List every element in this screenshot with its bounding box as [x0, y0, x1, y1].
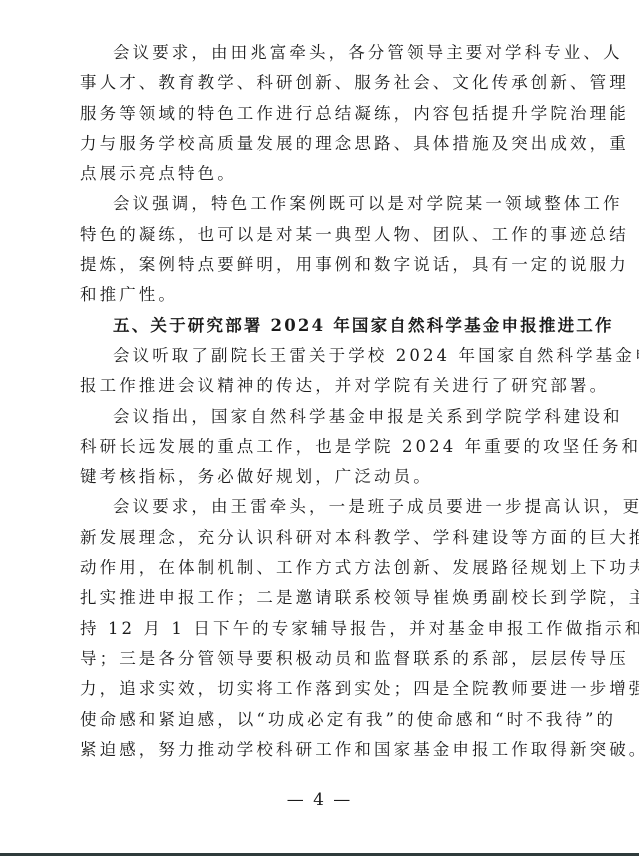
paragraph-line: 服务等领域的特色工作进行总结凝练，内容包括提升学院治理能	[80, 99, 558, 129]
document-body: 会议要求，由田兆富牵头，各分管领导主要对学科专业、人 事人才、教育教学、科研创新…	[80, 38, 558, 765]
paragraph-line: 和推广性。	[80, 280, 558, 310]
paragraph-line: 会议要求，由田兆富牵头，各分管领导主要对学科专业、人	[80, 38, 558, 68]
page-number: — 4 —	[0, 790, 639, 810]
paragraph-line: 紧迫感，努力推动学校科研工作和国家基金申报工作取得新突破。	[80, 735, 558, 765]
paragraph-line: 点展示亮点特色。	[80, 159, 558, 189]
paragraph-line: 动作用，在体制机制、工作方式方法创新、发展路径规划上下功夫，	[80, 553, 558, 583]
paragraph-line: 力，追求实效，切实将工作落到实处；四是全院教师要进一步增强	[80, 674, 558, 704]
paragraph-line: 事人才、教育教学、科研创新、服务社会、文化传承创新、管理	[80, 68, 558, 98]
paragraph-line: 力与服务学校高质量发展的理念思路、具体措施及突出成效，重	[80, 129, 558, 159]
paragraph-line: 新发展理念，充分认识科研对本科教学、学科建设等方面的巨大推	[80, 523, 558, 553]
paragraph-line: 特色的凝练，也可以是对某一典型人物、团队、工作的事迹总结	[80, 220, 558, 250]
paragraph-line: 会议指出，国家自然科学基金申报是关系到学院学科建设和	[80, 402, 558, 432]
document-page: 会议要求，由田兆富牵头，各分管领导主要对学科专业、人 事人才、教育教学、科研创新…	[0, 0, 639, 853]
paragraph-line: 扎实推进申报工作；二是邀请联系校领导崔焕勇副校长到学院，主	[80, 583, 558, 613]
paragraph-line: 科研长远发展的重点工作，也是学院 2024 年重要的攻坚任务和关	[80, 432, 558, 462]
section-heading: 五、关于研究部署 2024 年国家自然科学基金申报推进工作	[80, 311, 558, 341]
paragraph-line: 使命感和紧迫感，以“功成必定有我”的使命感和“时不我待”的	[80, 705, 558, 735]
paragraph-line: 提炼，案例特点要鲜明，用事例和数字说话，具有一定的说服力	[80, 250, 558, 280]
paragraph-line: 报工作推进会议精神的传达，并对学院有关进行了研究部署。	[80, 371, 558, 401]
paragraph-line: 会议要求，由王雷牵头，一是班子成员要进一步提高认识，更	[80, 492, 558, 522]
paragraph-line: 导；三是各分管领导要积极动员和监督联系的系部，层层传导压	[80, 644, 558, 674]
paragraph-line: 持 12 月 1 日下午的专家辅导报告，并对基金申报工作做指示和指	[80, 614, 558, 644]
paragraph-line: 键考核指标，务必做好规划，广泛动员。	[80, 462, 558, 492]
paragraph-line: 会议强调，特色工作案例既可以是对学院某一领域整体工作	[80, 189, 558, 219]
paragraph-line: 会议听取了副院长王雷关于学校 2024 年国家自然科学基金申	[80, 341, 558, 371]
